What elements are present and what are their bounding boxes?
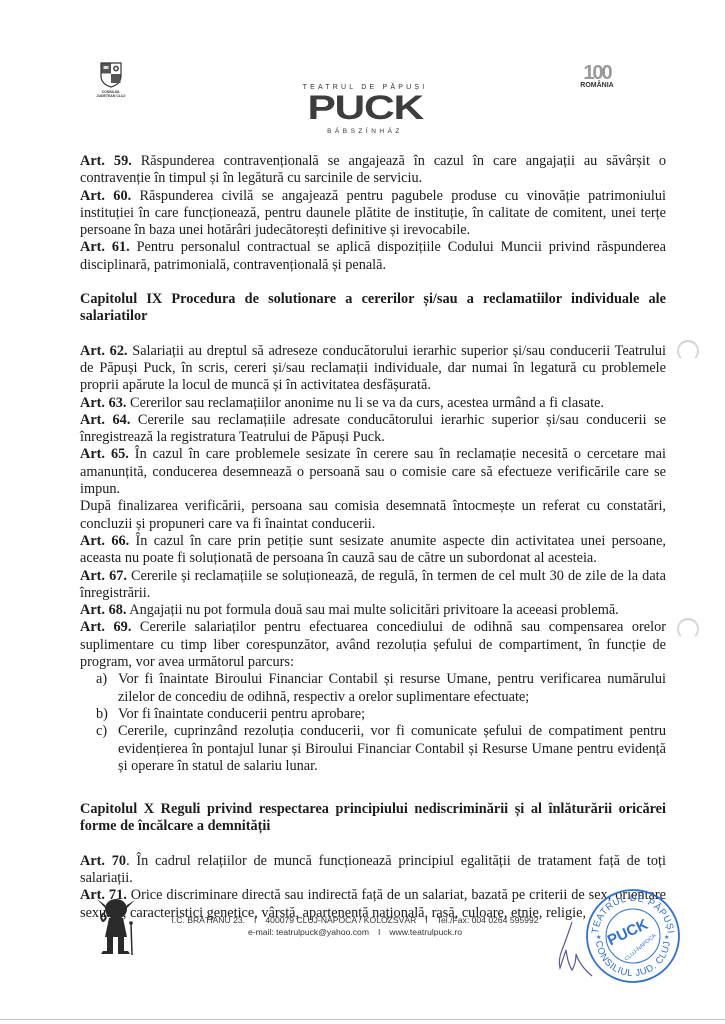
romania-100-logo: 100 ROMÂNIA [574,64,620,89]
article-number: Art. 67. [80,568,127,584]
list-item: b)Vor fi înaintate conducerii pentru apr… [80,706,666,723]
article-61: Art. 61. Pentru personalul contractual s… [80,239,666,274]
article-number: Art. 66. [80,533,129,549]
article-text: În cazul în care prin petiție sunt sesiz… [80,533,666,566]
puck-elf-mascot-icon [97,895,137,957]
article-number: Art. 69. [80,619,131,635]
list-marker: b) [96,706,108,723]
logo-main-text: PUCK [307,93,422,123]
article-65: Art. 65. În cazul în care problemele ses… [80,446,666,498]
article-63: Art. 63. Cererilor sau reclamațiilor ano… [80,395,666,412]
article-text: Cererile și reclamațiile se soluționează… [80,568,666,601]
centenary-number: 100 [574,64,620,82]
list-marker: a) [96,671,107,688]
official-stamp: TEATRUL DE PĂPUȘI CONSILIUL JUD. CLUJ PU… [584,887,682,985]
article-number: Art. 65. [80,446,129,462]
footer-city: 400079 CLUJ-NAPOCA / KOLOZSVÁR [265,915,416,925]
svg-text:★: ★ [596,934,601,941]
puck-theatre-logo: TEATRUL DE PĂPUȘI PUCK BÁBSZÍNHÁZ [290,84,440,135]
scan-edge-line [0,1019,725,1020]
article-number: Art. 63. [80,395,126,411]
separator: I [425,914,427,926]
article-text: . În cadrul relațiilor de muncă funcțion… [80,853,666,886]
article-text: Cererile sau reclamațiile adresate condu… [80,412,666,445]
article-number: Art. 70 [80,853,126,869]
list-item: a)Vor fi înaintate Biroului Financiar Co… [80,671,666,706]
article-text: Cererilor sau reclamațiilor anonime nu l… [126,395,604,411]
footer-line-1: I.C. BRĂTIANU 23.I400079 CLUJ-NAPOCA / K… [150,914,560,926]
article-text: În cazul în care problemele sesizate în … [80,446,666,497]
article-64: Art. 64. Cererile sau reclamațiile adres… [80,412,666,447]
list-item-text: Vor fi înaintate Biroului Financiar Cont… [118,671,666,704]
svg-text:★: ★ [664,934,669,941]
document-body: Art. 59. Răspunderea contravențională se… [80,153,666,922]
article-69-list: a)Vor fi înaintate Biroului Financiar Co… [80,671,666,775]
separator: I [254,914,256,926]
separator: I [378,926,380,938]
punch-hole-mark [677,340,699,362]
article-70: Art. 70. În cadrul relațiilor de muncă f… [80,853,666,888]
footer-email[interactable]: e-mail: teatrulpuck@yahoo.com [248,927,369,937]
article-62: Art. 62. Salariații au dreptul să adrese… [80,343,666,395]
article-66: Art. 66. În cazul în care prin petiție s… [80,533,666,568]
list-item-text: Vor fi înaintate conducerii pentru aprob… [118,706,365,722]
article-number: Art. 59. [80,153,132,169]
list-marker: c) [96,723,107,740]
footer-phone: Tel./Fax: 004 0264 595992 [437,915,539,925]
article-text: Cererile salariaților pentru efectuarea … [80,619,666,670]
article-text: După finalizarea verificării, persoana s… [80,498,666,531]
logo-bottom-text: BÁBSZÍNHÁZ [290,128,440,135]
article-number: Art. 64. [80,412,130,428]
footer-contact: I.C. BRĂTIANU 23.I400079 CLUJ-NAPOCA / K… [150,914,560,938]
article-59: Art. 59. Răspunderea contravențională se… [80,153,666,188]
footer-website[interactable]: www.teatrulpuck.ro [389,927,462,937]
article-69: Art. 69. Cererile salariaților pentru ef… [80,619,666,671]
article-number: Art. 61. [80,239,130,255]
footer-line-2: e-mail: teatrulpuck@yahoo.comIwww.teatru… [150,926,560,938]
article-text: Angajații nu pot formula două sau mai mu… [126,602,618,618]
article-60: Art. 60. Răspunderea civilă se angajează… [80,188,666,240]
article-67: Art. 67. Cererile și reclamațiile se sol… [80,568,666,603]
article-text: Pentru personalul contractual se aplică … [80,239,666,272]
county-council-logo: CONSILIUL JUDEȚEAN CLUJ [92,62,130,98]
article-number: Art. 68. [80,602,126,618]
article-text: Salariații au dreptul să adreseze conduc… [80,343,666,394]
chapter-ix-heading: Capitolul IX Procedura de solutionare a … [80,291,666,326]
list-item: c)Cererile, cuprinzând rezoluția conduce… [80,723,666,775]
punch-hole-mark [677,618,699,640]
county-council-shield-icon [100,62,122,88]
document-page: CONSILIUL JUDEȚEAN CLUJ TEATRUL DE PĂPUȘ… [0,0,725,1024]
county-council-caption: CONSILIUL JUDEȚEAN CLUJ [92,90,130,98]
article-number: Art. 60. [80,188,131,204]
article-68: Art. 68. Angajații nu pot formula două s… [80,602,666,619]
article-65-continuation: După finalizarea verificării, persoana s… [80,498,666,533]
chapter-x-heading: Capitolul X Reguli privind respectarea p… [80,801,666,836]
footer-address: I.C. BRĂTIANU 23. [171,915,245,925]
article-text: Răspunderea civilă se angajează pentru p… [80,188,666,239]
romania-caption: ROMÂNIA [574,82,620,89]
article-text: Răspunderea contravențională se angajeaz… [80,153,666,186]
article-number: Art. 62. [80,343,128,359]
list-item-text: Cererile, cuprinzând rezoluția conduceri… [118,723,666,774]
